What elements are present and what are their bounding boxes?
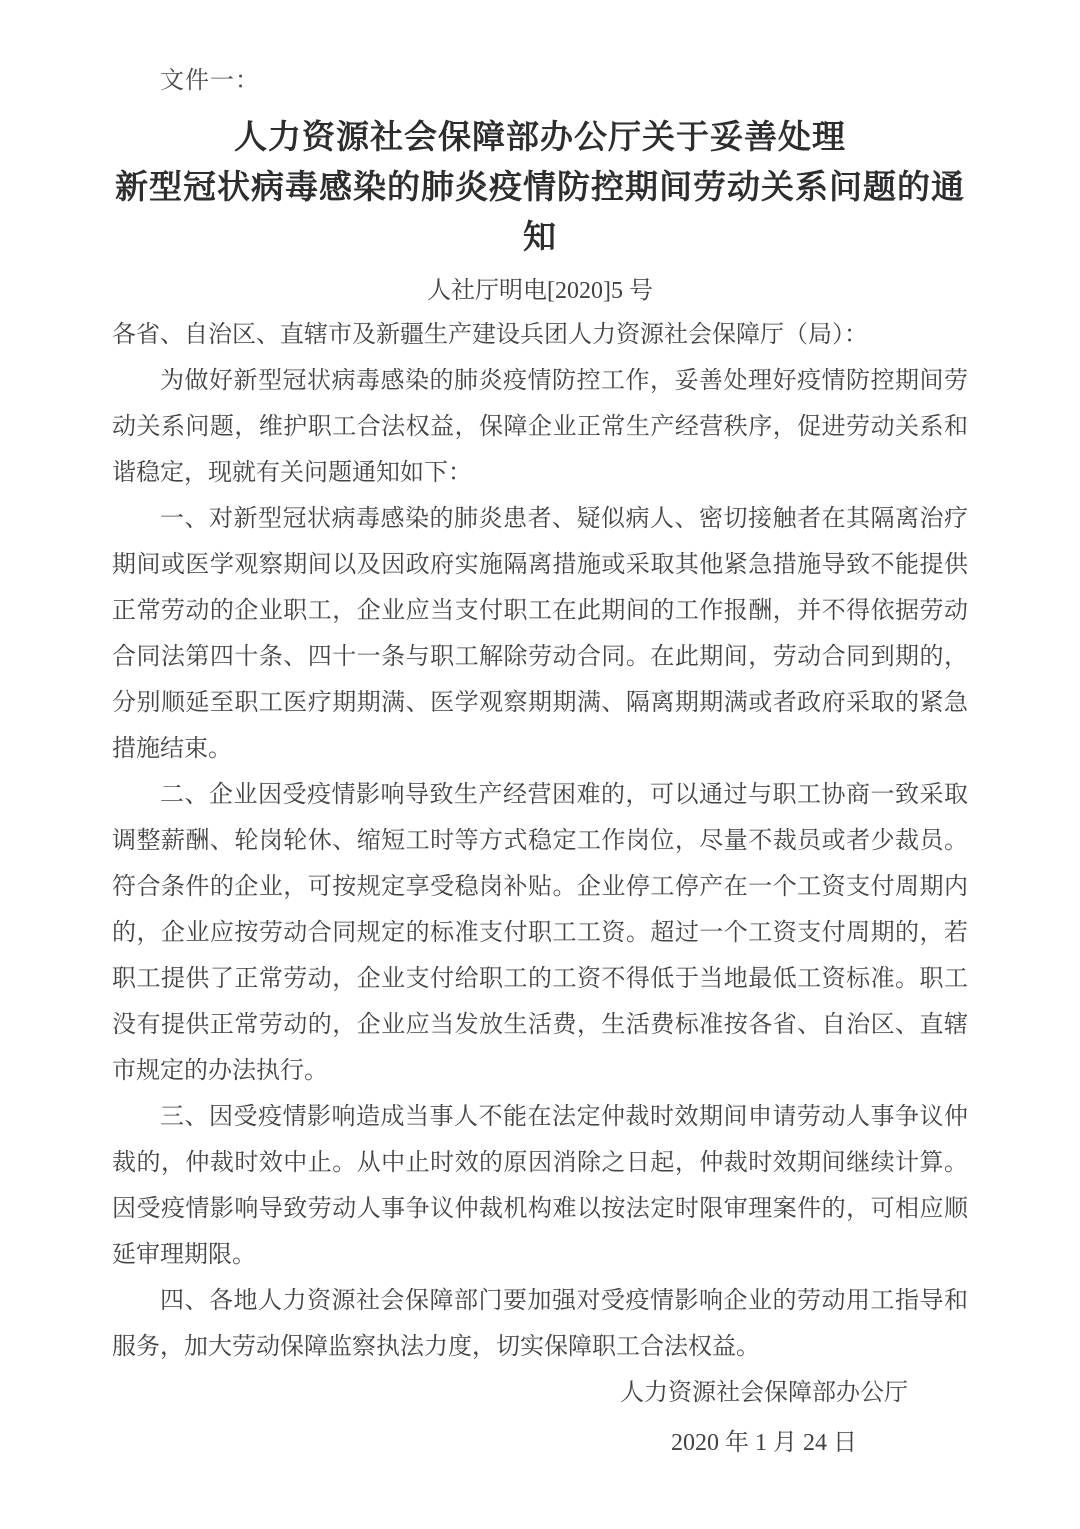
doc-title: 人力资源社会保障部办公厅关于妥善处理 新型冠状病毒感染的肺炎疫情防控期间劳动关系… — [112, 112, 968, 262]
body-paragraphs: 为做好新型冠状病毒感染的肺炎疫情防控工作，妥善处理好疫情防控期间劳动关系问题，维… — [112, 358, 968, 1370]
salutation: 各省、自治区、直辖市及新疆生产建设兵团人力资源社会保障厅（局）： — [112, 312, 968, 358]
body-paragraph: 为做好新型冠状病毒感染的肺炎疫情防控工作，妥善处理好疫情防控期间劳动关系问题，维… — [112, 358, 968, 496]
doc-title-line2: 新型冠状病毒感染的肺炎疫情防控期间劳动关系问题的通知 — [112, 162, 968, 262]
document-content: 文件一： 人力资源社会保障部办公厅关于妥善处理 新型冠状病毒感染的肺炎疫情防控期… — [0, 0, 1080, 1466]
signature-date: 2020 年 1 月 24 日 — [671, 1420, 857, 1466]
body-paragraph: 二、企业因受疫情影响导致生产经营困难的，可以通过与职工协商一致采取调整薪酬、轮岗… — [112, 772, 968, 1094]
body-paragraph: 一、对新型冠状病毒感染的肺炎患者、疑似病人、密切接触者在其隔离治疗期间或医学观察… — [112, 496, 968, 772]
doc-number: 人社厅明电[2020]5 号 — [112, 274, 968, 308]
body-paragraph: 三、因受疫情影响造成当事人不能在法定仲裁时效期间申请劳动人事争议仲裁的，仲裁时效… — [112, 1094, 968, 1278]
doc-label: 文件一： — [160, 64, 968, 98]
document-page: 文件一： 人力资源社会保障部办公厅关于妥善处理 新型冠状病毒感染的肺炎疫情防控期… — [0, 0, 1080, 1529]
signature-org: 人力资源社会保障部办公厅 — [620, 1370, 908, 1416]
doc-body: 各省、自治区、直辖市及新疆生产建设兵团人力资源社会保障厅（局）： 为做好新型冠状… — [112, 312, 968, 1466]
doc-title-line1: 人力资源社会保障部办公厅关于妥善处理 — [112, 112, 968, 162]
signature-block: 人力资源社会保障部办公厅 2020 年 1 月 24 日 — [620, 1370, 908, 1466]
body-paragraph: 四、各地人力资源社会保障部门要加强对受疫情影响企业的劳动用工指导和服务，加大劳动… — [112, 1278, 968, 1370]
